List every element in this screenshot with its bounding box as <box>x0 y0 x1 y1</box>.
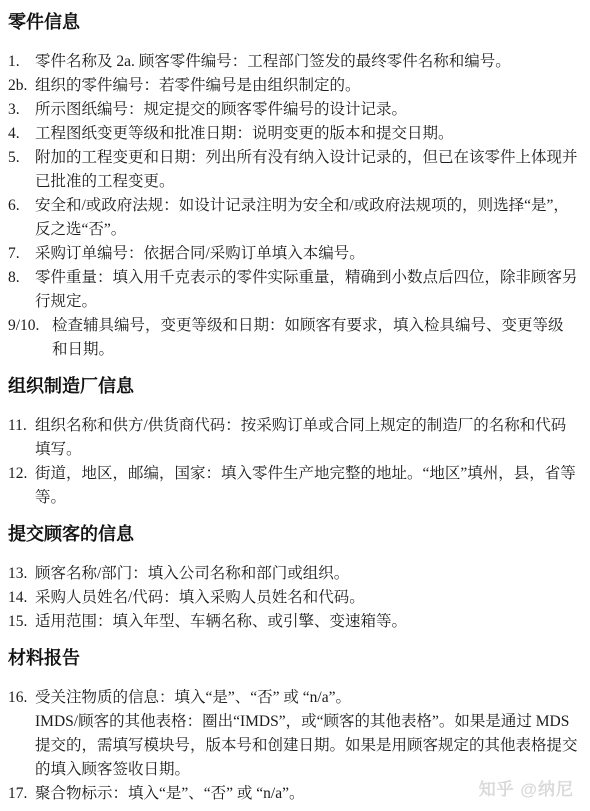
item-text: 街道，地区，邮编，国家：填入零件生产地完整的地址。“地区”填州，县，省等等。 <box>35 462 578 510</box>
item-number: 11. <box>8 414 35 438</box>
item-text: 组织名称和供方/供货商代码：按采购订单或合同上规定的制造厂的名称和代码填写。 <box>35 414 578 462</box>
list-item: 8. 零件重量：填入用千克表示的零件实际重量，精确到小数点后四位，除非顾客另行规… <box>8 266 578 314</box>
list-item: 13. 顾客名称/部门：填入公司名称和部门或组织。 <box>8 562 578 586</box>
item-number: 13. <box>8 562 35 586</box>
item-text: 工程图纸变更等级和批准日期：说明变更的版本和提交日期。 <box>35 122 578 146</box>
item-text: 采购人员姓名/代码：填入采购人员姓名和代码。 <box>35 586 578 610</box>
section-heading: 材料报告 <box>8 646 578 670</box>
list-item: 1. 零件名称及 2a. 顾客零件编号：工程部门签发的最终零件名称和编号。 <box>8 50 578 74</box>
item-number: 12. <box>8 462 35 486</box>
item-number: 14. <box>8 586 35 610</box>
list-item: 16. 受关注物质的信息：填入“是”、“否” 或 “n/a”。 IMDS/顾客的… <box>8 686 578 782</box>
item-number: 2b. <box>8 74 35 98</box>
item-number: 8. <box>8 266 35 290</box>
item-text: 零件重量：填入用千克表示的零件实际重量，精确到小数点后四位，除非顾客另行规定。 <box>35 266 578 314</box>
item-text-continued: IMDS/顾客的其他表格：圈出“IMDS”，或“顾客的其他表格”。如果是通过 M… <box>35 710 578 782</box>
item-text: 受关注物质的信息：填入“是”、“否” 或 “n/a”。 <box>35 686 578 710</box>
list-item: 12. 街道，地区，邮编，国家：填入零件生产地完整的地址。“地区”填州，县，省等… <box>8 462 578 510</box>
item-number: 7. <box>8 242 35 266</box>
list-item: 6. 安全和/或政府法规：如设计记录注明为安全和/或政府法规项的，则选择“是”，… <box>8 194 578 242</box>
item-text: 零件名称及 2a. 顾客零件编号：工程部门签发的最终零件名称和编号。 <box>35 50 578 74</box>
item-number: 3. <box>8 98 35 122</box>
document-page: 零件信息 1. 零件名称及 2a. 顾客零件编号：工程部门签发的最终零件名称和编… <box>0 0 590 811</box>
item-number: 1. <box>8 50 35 74</box>
section-manufacturer-info: 组织制造厂信息 11. 组织名称和供方/供货商代码：按采购订单或合同上规定的制造… <box>8 374 578 510</box>
item-text: 附加的工程变更和日期：列出所有没有纳入设计记录的，但已在该零件上体现并已批准的工… <box>35 146 578 194</box>
section-heading: 零件信息 <box>8 10 578 34</box>
item-text: 所示图纸编号：规定提交的顾客零件编号的设计记录。 <box>35 98 578 122</box>
list-item: 11. 组织名称和供方/供货商代码：按采购订单或合同上规定的制造厂的名称和代码填… <box>8 414 578 462</box>
list-item: 15. 适用范围：填入年型、车辆名称、或引擎、变速箱等。 <box>8 610 578 634</box>
list-item: 3. 所示图纸编号：规定提交的顾客零件编号的设计记录。 <box>8 98 578 122</box>
item-text: 检查辅具编号，变更等级和日期：如顾客有要求，填入检具编号、变更等级和日期。 <box>52 314 578 362</box>
item-number: 9/10. <box>8 314 52 338</box>
section-heading: 组织制造厂信息 <box>8 374 578 398</box>
section-customer-submission-info: 提交顾客的信息 13. 顾客名称/部门：填入公司名称和部门或组织。 14. 采购… <box>8 522 578 634</box>
list-item: 14. 采购人员姓名/代码：填入采购人员姓名和代码。 <box>8 586 578 610</box>
section-part-info: 零件信息 1. 零件名称及 2a. 顾客零件编号：工程部门签发的最终零件名称和编… <box>8 10 578 362</box>
item-text: 适用范围：填入年型、车辆名称、或引擎、变速箱等。 <box>35 610 578 634</box>
list-item: 5. 附加的工程变更和日期：列出所有没有纳入设计记录的，但已在该零件上体现并已批… <box>8 146 578 194</box>
item-number: 4. <box>8 122 35 146</box>
item-text: 采购订单编号：依据合同/采购订单填入本编号。 <box>35 242 578 266</box>
item-number: 6. <box>8 194 35 218</box>
list-item: 2b. 组织的零件编号：若零件编号是由组织制定的。 <box>8 74 578 98</box>
item-number: 15. <box>8 610 35 634</box>
list-item: 4. 工程图纸变更等级和批准日期：说明变更的版本和提交日期。 <box>8 122 578 146</box>
item-number: 17. <box>8 782 35 806</box>
list-item: 7. 采购订单编号：依据合同/采购订单填入本编号。 <box>8 242 578 266</box>
item-text-group: 受关注物质的信息：填入“是”、“否” 或 “n/a”。 IMDS/顾客的其他表格… <box>35 686 578 782</box>
item-number: 5. <box>8 146 35 170</box>
item-text: 安全和/或政府法规：如设计记录注明为安全和/或政府法规项的，则选择“是”，反之选… <box>35 194 578 242</box>
item-number: 16. <box>8 686 35 710</box>
list-item: 9/10. 检查辅具编号，变更等级和日期：如顾客有要求，填入检具编号、变更等级和… <box>8 314 578 362</box>
item-text: 组织的零件编号：若零件编号是由组织制定的。 <box>35 74 578 98</box>
item-text: 顾客名称/部门：填入公司名称和部门或组织。 <box>35 562 578 586</box>
watermark: 知乎 @纳尼 <box>479 778 574 802</box>
section-heading: 提交顾客的信息 <box>8 522 578 546</box>
